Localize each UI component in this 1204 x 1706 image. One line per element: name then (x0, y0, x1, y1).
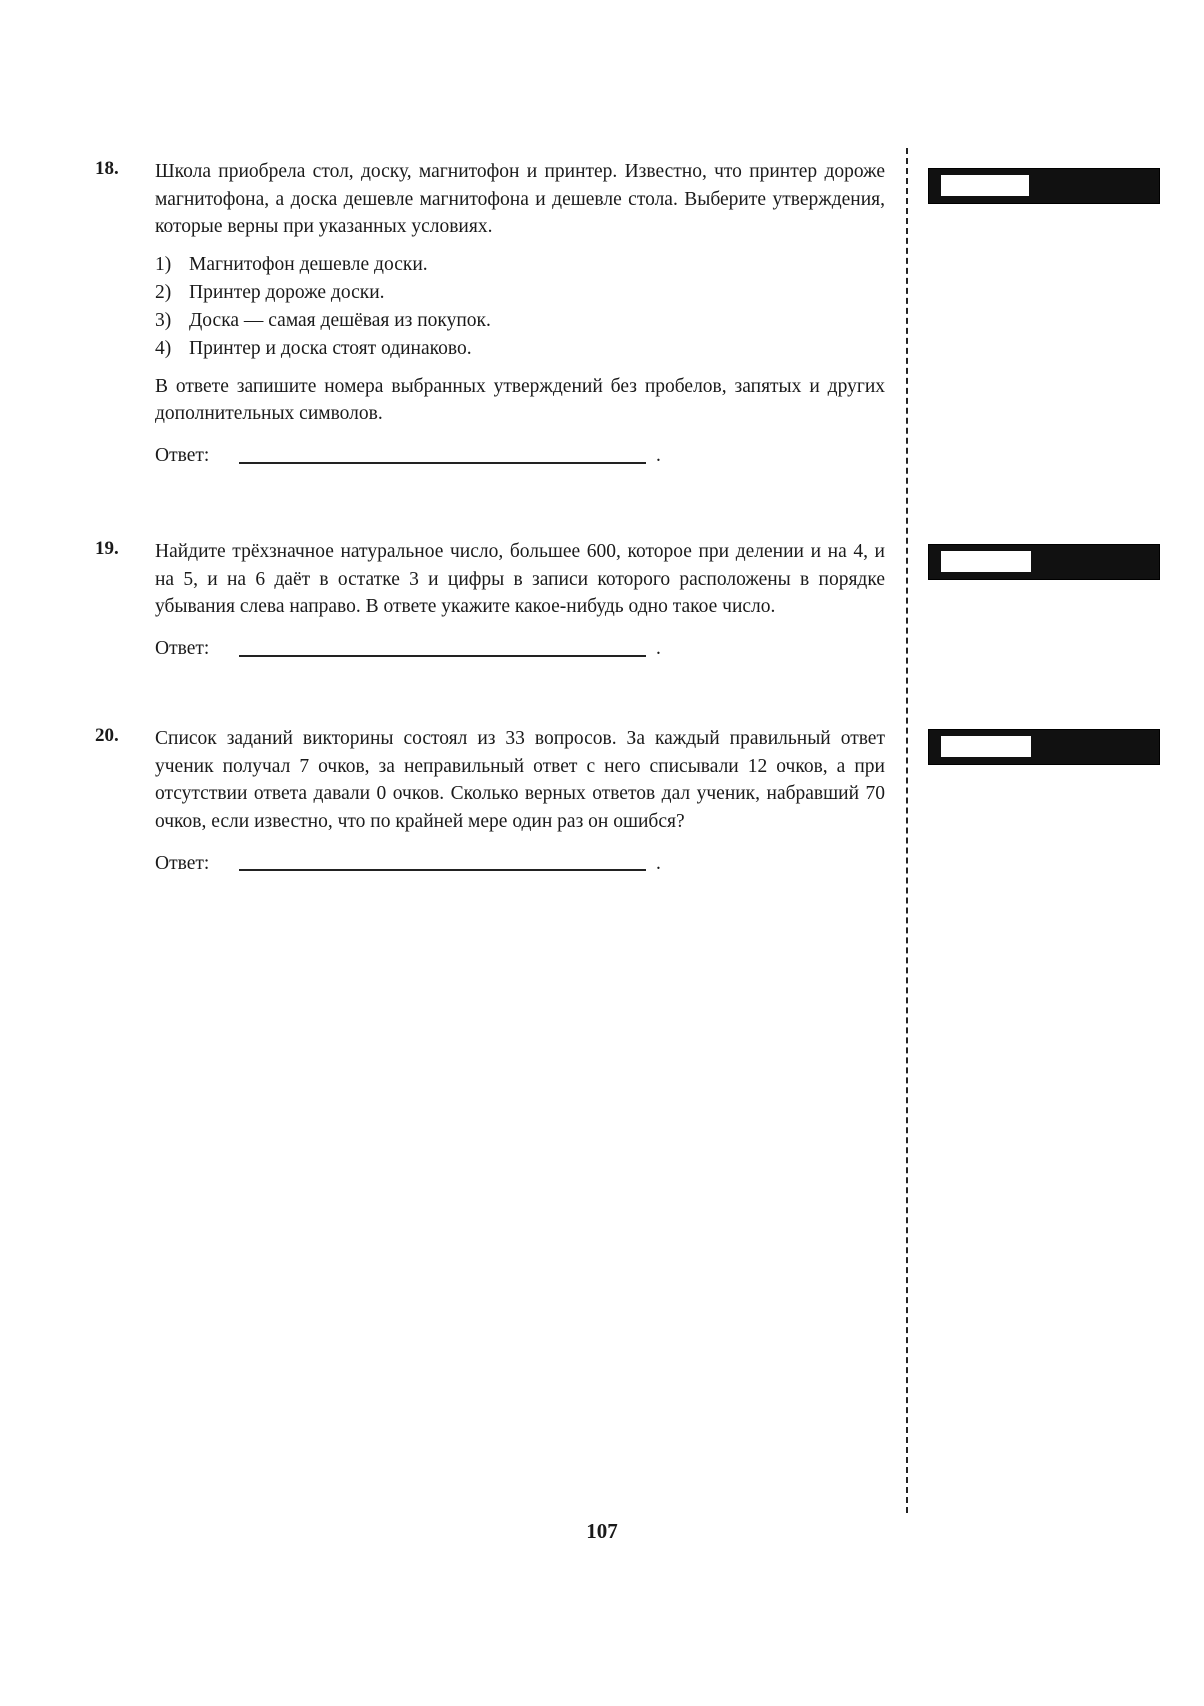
answer-label: Ответ: (155, 442, 239, 470)
answer-box-cell[interactable] (941, 551, 1031, 572)
task-number: 18. (95, 158, 119, 180)
option-text: Доска — самая дешёвая из покупок. (189, 310, 491, 331)
option-text: Магнитофон дешевле доски. (189, 254, 428, 275)
task-text: Найдите трёхзначное натуральное число, б… (155, 538, 885, 621)
task-20: 20. Список заданий викторины состоял из … (95, 725, 885, 877)
task-19: 19. Найдите трёхзначное натуральное числ… (95, 538, 885, 663)
option-text: Принтер дороже доски. (189, 282, 385, 303)
option-number: 1) (155, 251, 189, 279)
task-number: 19. (95, 538, 119, 560)
option-number: 3) (155, 307, 189, 335)
answer-box-19 (928, 544, 1160, 580)
answer-box-18 (928, 168, 1160, 204)
option-number: 4) (155, 335, 189, 363)
answer-field[interactable] (239, 849, 646, 871)
answer-box-cell[interactable] (941, 736, 1031, 757)
answer-period: . (656, 442, 661, 470)
option-text: Принтер и доска стоят одинаково. (189, 338, 472, 359)
answer-box-cell[interactable] (941, 175, 1029, 196)
instruction-note: В ответе запишите номера выбранных утвер… (155, 373, 885, 428)
answer-row: Ответ: . (155, 440, 885, 470)
answer-label: Ответ: (155, 850, 239, 878)
answer-row: Ответ: . (155, 633, 885, 663)
answer-period: . (656, 850, 661, 878)
answer-box-20 (928, 729, 1160, 765)
answer-period: . (656, 635, 661, 663)
task-text: Список заданий викторины состоял из 33 в… (155, 725, 885, 835)
task-text: Школа приобрела стол, доску, магнитофон … (155, 158, 885, 241)
answer-field[interactable] (239, 635, 646, 657)
option-item: 2)Принтер дороже доски. (155, 279, 885, 307)
task-18: 18. Школа приобрела стол, доску, магнито… (95, 158, 885, 470)
task-number: 20. (95, 725, 119, 747)
answer-row: Ответ: . (155, 847, 885, 877)
answer-field[interactable] (239, 442, 646, 464)
option-item: 1)Магнитофон дешевле доски. (155, 251, 885, 279)
option-item: 4)Принтер и доска стоят одинаково. (155, 335, 885, 363)
page-number: 107 (0, 1519, 1204, 1544)
answer-label: Ответ: (155, 635, 239, 663)
option-number: 2) (155, 279, 189, 307)
options-list: 1)Магнитофон дешевле доски. 2)Принтер до… (155, 251, 885, 363)
option-item: 3)Доска — самая дешёвая из покупок. (155, 307, 885, 335)
cut-line-divider (906, 148, 908, 1513)
